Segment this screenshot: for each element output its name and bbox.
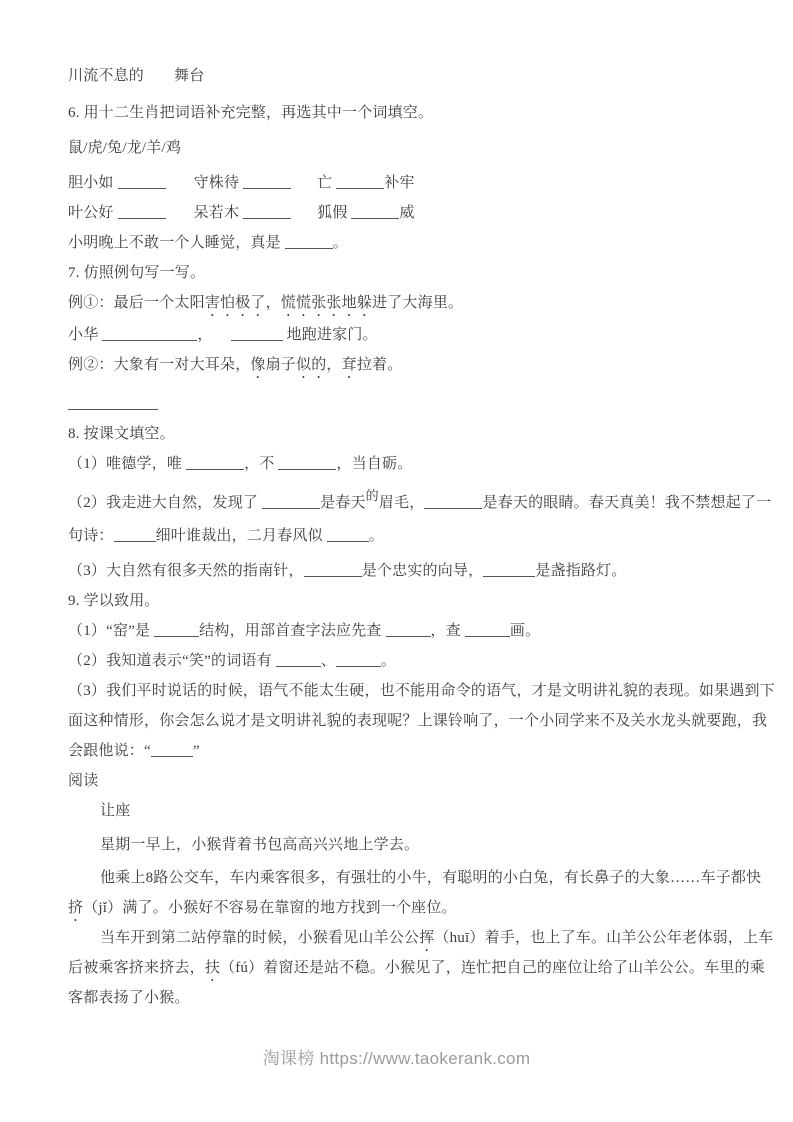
text-segment: 是盏指路灯。 [535,563,626,579]
text-segment: 拉着。 [357,357,403,373]
text-segment: ，当自砺。 [336,456,412,472]
text-segment: 画。 [510,623,540,639]
worksheet-page: 川流不息的舞台6. 用十二生肖把词语补充完整，再选其中一个词填空。鼠/虎/兔/龙… [0,0,793,1122]
text-segment: 后被乘客挤来挤去， [68,960,205,976]
gap-spacer [291,186,317,187]
blank-underline [102,327,197,341]
text-segment: 扇子 [266,357,296,373]
emphasized-text: 像 [250,357,265,373]
blank-underline [262,495,320,509]
text-line: （3）大自然有很多天然的指南针，是个忠实的向导，是盏指路灯。 [68,556,730,586]
gap-spacer [213,338,231,339]
text-line: 川流不息的舞台 [68,61,730,91]
text-line: 挤（jǐ）满了。小猴好不容易在靠窗的地方找到一个座位。 [68,893,730,923]
blank-underline [118,205,166,219]
text-segment: 鼠/虎/兔/龙/羊/鸡 [68,140,181,156]
text-segment: 细叶谁裁出，二月春风似 [156,528,327,544]
text-segment: （jǐ）满了。小猴好不容易在靠窗的地方找到一个座位。 [83,900,457,916]
blank-underline [336,175,384,189]
text-line: 星期一早上，小猴背着书包高高兴兴地上学去。 [68,830,730,860]
text-segment: 当车开到第二站停靠的时候，小猴看见山羊公公 [100,930,419,946]
text-segment: （1）唯德学，唯 [68,456,186,472]
text-line: 例②：大象有一对大耳朵，像扇子似的，耷拉着。 [68,350,730,380]
blank-underline [483,563,535,577]
text-segment: 客都表扬了小猴。 [68,990,190,1006]
footer-site-label: 淘课榜 https://www.taokerank.com [263,1049,531,1068]
blank-underline [231,327,283,341]
text-line: 小明晚上不敢一个人睡觉，真是 。 [68,228,730,258]
text-line: 9. 学以致用。 [68,586,730,616]
text-segment: 6. 用十二生肖把词语补充完整，再选其中一个词填空。 [68,105,433,121]
blank-underline [118,175,166,189]
text-line: （1）唯德学，唯 ，不 ，当自砺。 [68,449,730,479]
text-line: （2）我知道表示“笑”的词语有 、。 [68,646,730,676]
text-segment: 狐假 [317,205,351,221]
text-segment: ， [326,357,341,373]
blank-underline [424,495,482,509]
text-line: 6. 用十二生肖把词语补充完整，再选其中一个词填空。 [68,98,730,128]
text-line: 8. 按课文填空。 [68,419,730,449]
text-segment: 结构，用部首查字法应先查 [199,623,385,639]
text-line: 让座 [68,796,730,826]
blank-underline [278,456,336,470]
text-line: 面这种情形，你会怎么说才是文明讲礼貌的表现呢？上课铃响了，一个小同学来不及关水龙… [68,706,730,736]
blank-underline [114,528,156,542]
text-segment: 、 [321,653,336,669]
gap-spacer [166,216,194,217]
text-segment: 呆若木 [194,205,244,221]
text-segment: 守株待 [194,175,244,191]
text-segment: （2）我知道表示“笑”的词语有 [68,653,276,669]
blank-underline [243,175,291,189]
gap-spacer [144,79,174,80]
text-segment: ， [266,295,281,311]
text-segment: 威 [399,205,414,221]
text-line: 会跟他说：“” [68,736,730,766]
text-line: （2）我走进大自然，发现了 是春天的眉毛，是春天的眼睛。春天真美！我不禁想起了一 [68,488,730,518]
emphasized-text: 耷 [342,357,357,373]
text-segment: 是春天的眼睛。春天真美！我不禁想起了一 [482,495,771,511]
blank-underline [154,623,199,637]
text-line: 小华 ， 地跑进家门。 [68,320,730,350]
text-segment: 舞台 [174,68,204,84]
text-line: 阅读 [68,766,730,796]
emphasized-text: 挥 [419,930,434,946]
text-segment: ， [197,327,212,343]
text-segment: 补牢 [384,175,414,191]
text-segment: 地跑进家门。 [283,327,378,343]
text-segment: 让座 [100,803,130,819]
text-line: 叶公好 呆若木 狐假 威 [68,198,730,228]
text-line: （1）“窑”是 结构，用部首查字法应先查 ，查 画。 [68,616,730,646]
blank-underline [186,456,244,470]
text-segment: 进了大海里。 [372,295,463,311]
blank-underline [68,396,158,410]
text-segment: 句诗： [68,528,114,544]
text-segment: （2）我走进大自然，发现了 [68,495,262,511]
emphasized-text: 似的 [296,357,326,373]
text-segment: 亡 [317,175,336,191]
blank-underline [304,563,362,577]
text-segment: 星期一早上，小猴背着书包高高兴兴地上学去。 [100,837,419,853]
text-line [68,389,730,419]
text-segment: ，查 [431,623,465,639]
text-segment: 小华 [68,327,102,343]
text-segment: 7. 仿照例句写一写。 [68,265,205,281]
text-segment: 是春天 [320,495,366,511]
blank-underline [465,623,510,637]
text-segment: 眉毛， [379,495,425,511]
blank-underline [276,653,321,667]
superscript-char: 的 [366,491,379,501]
text-segment: 面这种情形，你会怎么说才是文明讲礼貌的表现呢？上课铃响了，一个小同学来不及关水龙… [68,713,767,729]
text-line: 7. 仿照例句写一写。 [68,258,730,288]
text-segment: ” [193,743,200,759]
text-line: 后被乘客挤来挤去，扶（fú）着窗还是站不稳。小猴见了，连忙把自己的座位让给了山羊… [68,953,730,983]
text-segment: 8. 按课文填空。 [68,426,175,442]
text-segment: 。 [333,235,348,251]
blank-underline [336,653,381,667]
blank-underline [243,205,291,219]
emphasized-text: 慌慌张张地躲 [281,295,372,311]
text-segment: 川流不息的 [68,68,144,84]
footer-watermark: 淘课榜 https://www.taokerank.com [0,1046,793,1072]
text-segment: 。 [369,528,384,544]
text-segment: （fú）着窗还是站不稳。小猴见了，连忙把自己的座位让给了山羊公公。车里的乘 [220,960,765,976]
text-segment: 阅读 [68,773,98,789]
text-line: 他乘上8路公交车，车内乘客很多，有强壮的小牛，有聪明的小白兔，有长鼻子的大象……… [68,863,730,893]
text-segment: 9. 学以致用。 [68,593,160,609]
blank-underline [351,205,399,219]
text-segment: ，不 [244,456,278,472]
text-segment: （1）“窑”是 [68,623,154,639]
text-segment: （3）大自然有很多天然的指南针， [68,563,304,579]
text-segment: 叶公好 [68,205,118,221]
text-segment: 例②：大象有一对大耳朵， [68,357,250,373]
gap-spacer [291,216,317,217]
document-body: 川流不息的舞台6. 用十二生肖把词语补充完整，再选其中一个词填空。鼠/虎/兔/龙… [68,61,730,1013]
blank-underline [327,528,369,542]
text-segment: 会跟他说：“ [68,743,151,759]
emphasized-text: 挤 [68,900,83,916]
text-segment: 是个忠实的向导， [362,563,484,579]
text-segment: 。 [381,653,396,669]
text-segment: 他乘上8路公交车，车内乘客很多，有强壮的小牛，有聪明的小白兔，有长鼻子的大象……… [100,870,761,886]
blank-underline [386,623,431,637]
gap-spacer [166,186,194,187]
emphasized-text: 害怕极了 [205,295,266,311]
text-segment: 小明晚上不敢一个人睡觉，真是 [68,235,285,251]
text-line: （3）我们平时说话的时候，语气不能太生硬，也不能用命令的语气，才是文明讲礼貌的表… [68,676,730,706]
text-segment: 例①：最后一个太阳 [68,295,205,311]
text-line: 胆小如 守株待 亡 补牢 [68,168,730,198]
text-line: 当车开到第二站停靠的时候，小猴看见山羊公公挥（huī）着手，也上了车。山羊公公年… [68,923,730,953]
text-line: 鼠/虎/兔/龙/羊/鸡 [68,133,730,163]
text-line: 客都表扬了小猴。 [68,983,730,1013]
blank-underline [285,235,333,249]
text-line: 句诗：细叶谁裁出，二月春风似 。 [68,521,730,551]
text-segment: （huī）着手，也上了车。山羊公公年老体弱，上车 [434,930,773,946]
text-segment: （3）我们平时说话的时候，语气不能太生硬，也不能用命令的语气，才是文明讲礼貌的表… [68,683,775,699]
blank-underline [151,743,193,757]
emphasized-text: 扶 [205,960,220,976]
text-line: 例①：最后一个太阳害怕极了，慌慌张张地躲进了大海里。 [68,288,730,318]
text-segment: 胆小如 [68,175,118,191]
